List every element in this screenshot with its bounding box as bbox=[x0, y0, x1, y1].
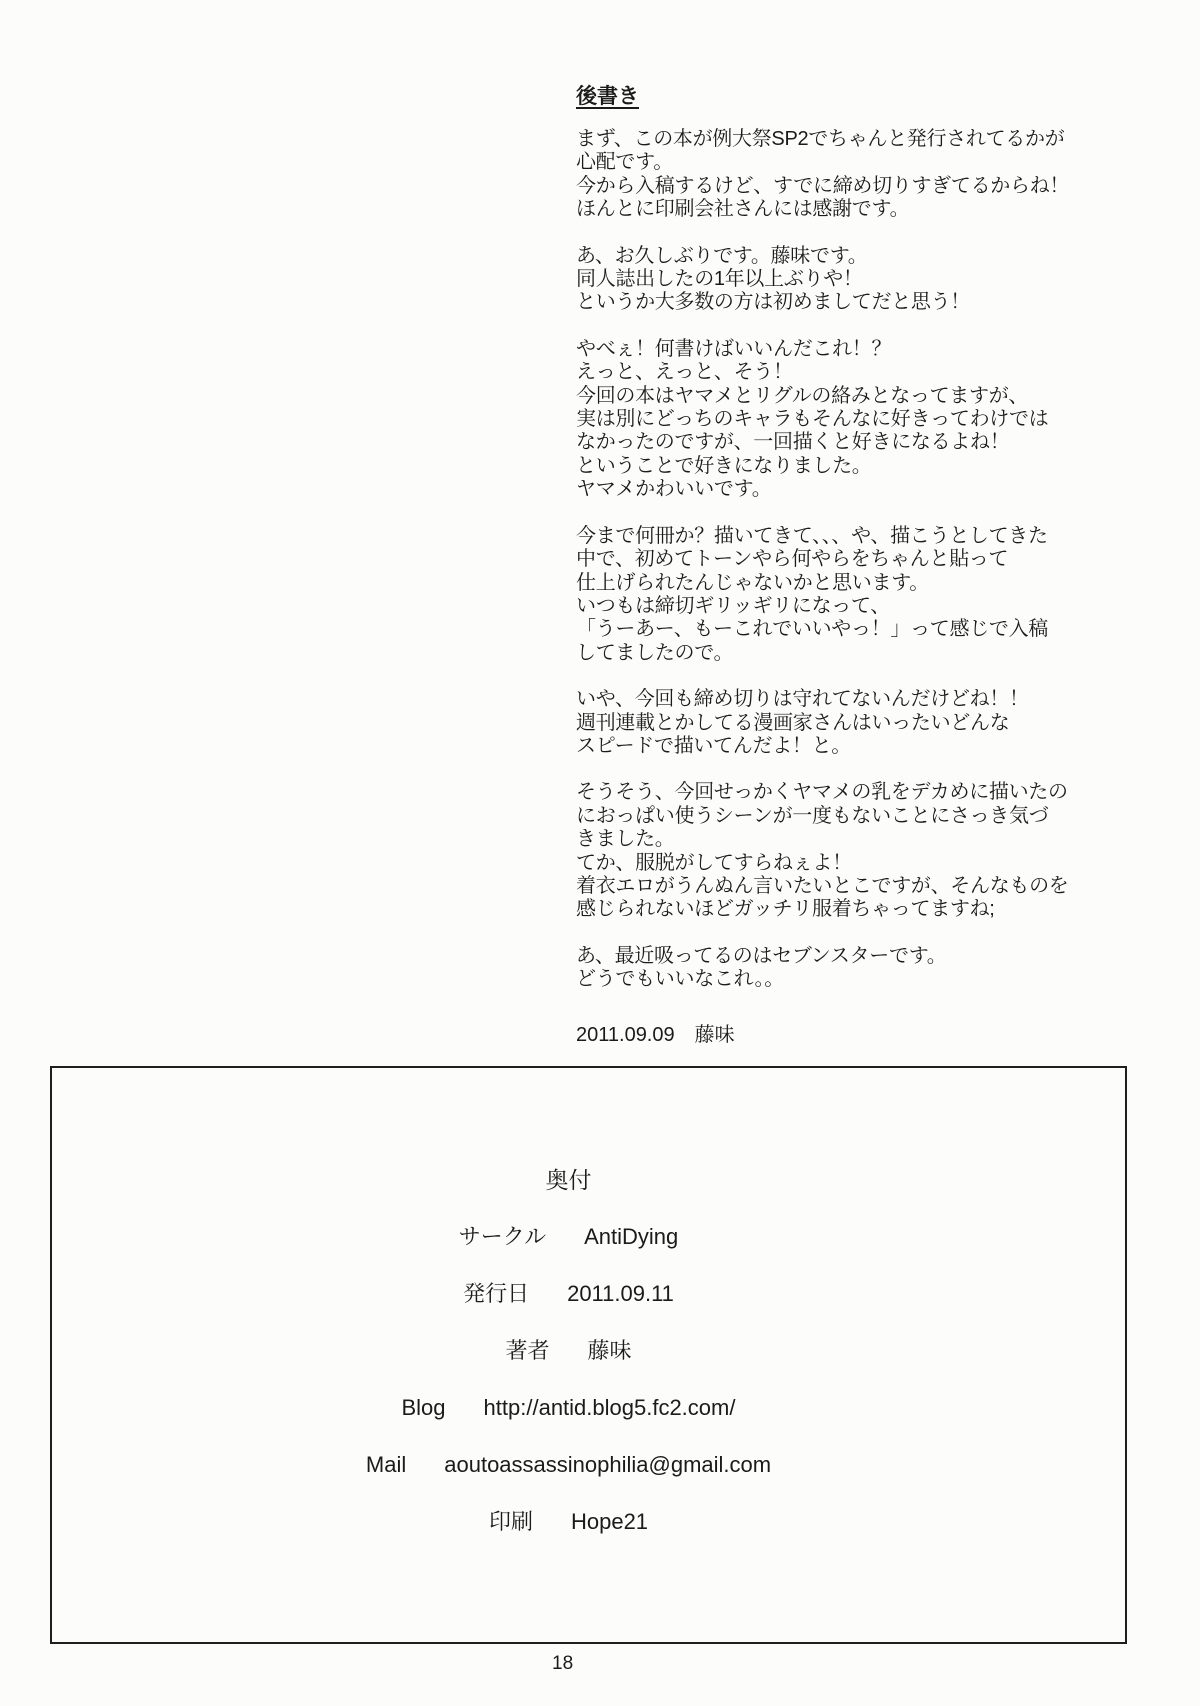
colophon-value: 2011.09.11 bbox=[567, 1282, 674, 1306]
colophon-title: 奥付 bbox=[32, 1168, 1105, 1192]
scanned-afterword-page: 後書き まず、この本が例大祭SP2でちゃんと発行されてるかが 心配です。 今から… bbox=[0, 0, 1200, 1706]
afterword-section: 後書き まず、この本が例大祭SP2でちゃんと発行されてるかが 心配です。 今から… bbox=[576, 80, 1069, 1047]
colophon-label: 著者 bbox=[505, 1339, 549, 1363]
colophon-label: Mail bbox=[366, 1453, 406, 1477]
colophon-row: Mailaoutoassassinophilia@gmail.com bbox=[32, 1453, 1105, 1477]
colophon-row: Bloghttp://antid.blog5.fc2.com/ bbox=[32, 1396, 1105, 1420]
colophon-label: Blog bbox=[402, 1396, 446, 1420]
afterword-paragraph: まず、この本が例大祭SP2でちゃんと発行されてるかが 心配です。 今から入稿する… bbox=[576, 128, 1069, 222]
colophon-box: 奥付 サークルAntiDying発行日2011.09.11著者藤味Bloghtt… bbox=[50, 1066, 1127, 1644]
colophon-value: aoutoassassinophilia@gmail.com bbox=[444, 1453, 771, 1477]
colophon-row: 発行日2011.09.11 bbox=[32, 1282, 1105, 1306]
colophon-rows: サークルAntiDying発行日2011.09.11著者藤味Bloghttp:/… bbox=[32, 1225, 1105, 1534]
colophon-row: 印刷Hope21 bbox=[32, 1510, 1105, 1534]
page-number: 18 bbox=[552, 1653, 573, 1675]
afterword-paragraphs: まず、この本が例大祭SP2でちゃんと発行されてるかが 心配です。 今から入稿する… bbox=[576, 128, 1069, 992]
colophon-row: サークルAntiDying bbox=[32, 1225, 1105, 1249]
colophon-label: サークル bbox=[459, 1225, 546, 1249]
afterword-paragraph: やべぇ！何書けばいいんだこれ！？ えっと、えっと、そう！ 今回の本はヤマメとリグ… bbox=[576, 338, 1069, 502]
colophon-value: Hope21 bbox=[571, 1510, 648, 1534]
colophon-value: AntiDying bbox=[584, 1225, 678, 1249]
afterword-paragraph: そうそう、今回せっかくヤマメの乳をデカめに描いたの におっぱい使うシーンが一度も… bbox=[576, 781, 1069, 921]
colophon-label: 発行日 bbox=[463, 1282, 529, 1306]
afterword-title: 後書き bbox=[576, 80, 1069, 110]
afterword-signoff: 2011.09.09 藤味 bbox=[576, 1018, 1069, 1047]
afterword-paragraph: あ、最近吸ってるのはセブンスターです。 どうでもいいなこれ。。 bbox=[576, 945, 1069, 992]
colophon-row: 著者藤味 bbox=[32, 1339, 1105, 1363]
colophon-label: 印刷 bbox=[489, 1510, 533, 1534]
colophon-value: 藤味 bbox=[588, 1339, 632, 1363]
colophon-content: 奥付 サークルAntiDying発行日2011.09.11著者藤味Bloghtt… bbox=[32, 1068, 1105, 1534]
colophon-value: http://antid.blog5.fc2.com/ bbox=[484, 1396, 736, 1420]
afterword-paragraph: 今まで何冊か？描いてきて、、、や、描こうとしてきた 中で、初めてトーンやら何やら… bbox=[576, 525, 1069, 665]
afterword-paragraph: いや、今回も締め切りは守れてないんだけどね！！ 週刊連載とかしてる漫画家さんはい… bbox=[576, 688, 1069, 758]
afterword-paragraph: あ、お久しぶりです。藤味です。 同人誌出したの1年以上ぶりや！ というか大多数の… bbox=[576, 245, 1069, 315]
